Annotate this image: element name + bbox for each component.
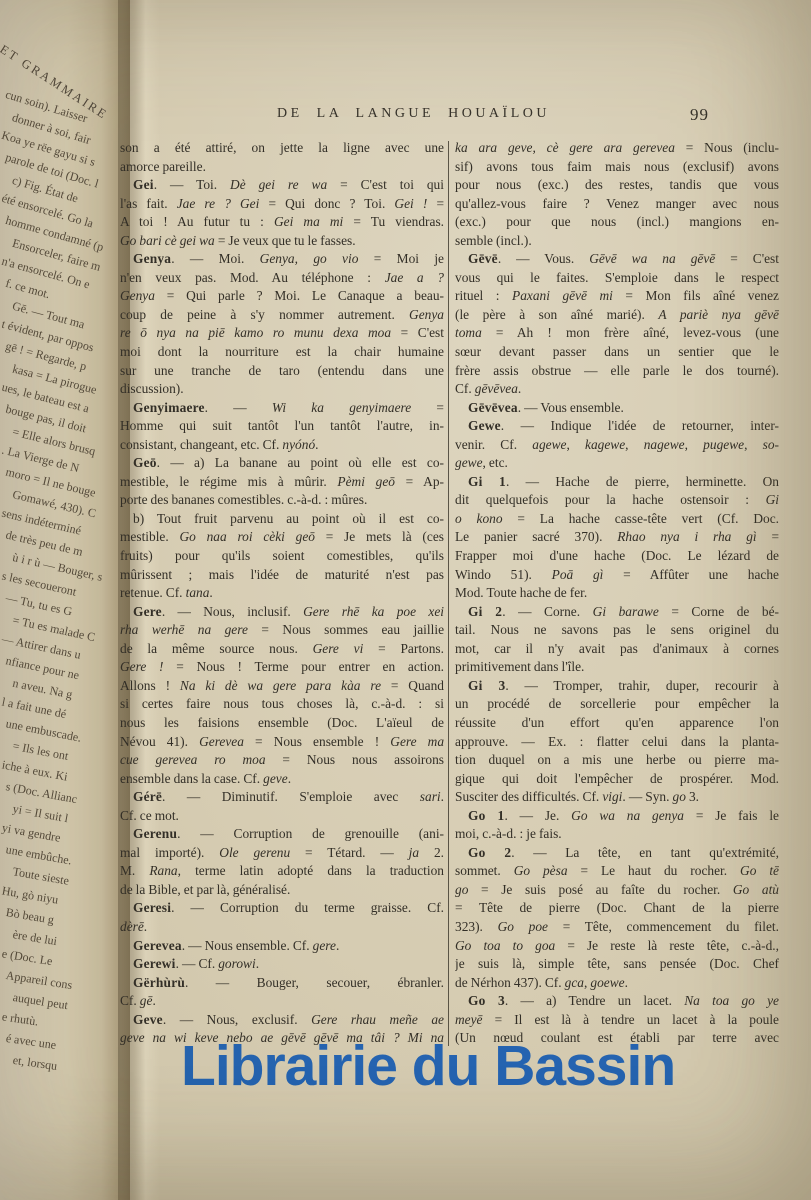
text-line: Go 1. — Je. Go wa na genya = Je fais le	[455, 807, 779, 826]
text-line: Gërhùrù. — Bouger, secouer, ébranler.	[120, 974, 444, 993]
text-line: Go toa to goa = Je reste là reste tête, …	[455, 937, 779, 956]
text-line: A toi ! Au futur tu : Gei ma mi = Tu vie…	[120, 213, 444, 232]
text-line: cue gerevea ro moa = Nous nous assoirons	[120, 751, 444, 770]
facing-page-strip: ET GRAMMAIRE cun soin). Laisserdonner à …	[0, 0, 130, 1200]
text-line: Cf. ce mot.	[120, 807, 444, 826]
dictionary-column-left: son a été attiré, on jette la ligne avec…	[120, 139, 444, 1048]
text-line: amorce pareille.	[120, 158, 444, 177]
text-line: son a été attiré, on jette la ligne avec…	[120, 139, 444, 158]
text-line: approuve. — Ex. : flatter celui dans la …	[455, 733, 779, 752]
text-line: mal importé). Ole gerenu = Tétard. — ja …	[120, 844, 444, 863]
text-line: retenue. Cf. tana.	[120, 584, 444, 603]
text-line: o kono = La hache casse-tête vert (Cf. D…	[455, 510, 779, 529]
text-line: Geve. — Nous, exclusif. Gere rhau meñe a…	[120, 1011, 444, 1030]
text-line: qu'allez-vous faire ? Venez manger avec …	[455, 195, 779, 214]
text-line: go = Je suis posé au faîte du rocher. Go…	[455, 881, 779, 900]
column-divider-rule	[448, 141, 449, 1046]
text-line: tion duquel on a mis une herbe ou pierre…	[455, 751, 779, 770]
text-line: Frapper moi d'une hache (Doc. Le lézard …	[455, 547, 779, 566]
text-line: Gere. — Nous, inclusif. Gere rhē ka poe …	[120, 603, 444, 622]
text-line: sur une tranche de taro (entendu dans un…	[120, 362, 444, 381]
text-line: gewe, etc.	[455, 454, 779, 473]
page-number: 99	[690, 105, 709, 125]
text-line: nous les faisions ensemble (Doc. L'aïeul…	[120, 714, 444, 733]
text-line: Gerevea. — Nous ensemble. Cf. gere.	[120, 937, 444, 956]
text-line: Go 3. — a) Tendre un lacet. Na toa go ye	[455, 992, 779, 1011]
bookseller-watermark: Librairie du Bassin	[181, 1033, 675, 1099]
text-line: Le panier sacré 370). Rhao nya i rha gì …	[455, 528, 779, 547]
text-line: dèrē.	[120, 918, 444, 937]
text-line: discussion).	[120, 380, 444, 399]
text-line: = Tête de pierre (Doc. Chant de la pierr…	[455, 899, 779, 918]
text-line: je suis là, simple tête, sans pensée (Do…	[455, 955, 779, 974]
text-line: Genya. — Moi. Genya, go vio = Moi je	[120, 250, 444, 269]
text-line: venir. Cf. agewe, kagewe, nagewe, pugewe…	[455, 436, 779, 455]
running-title: DE LA LANGUE HOUAÏLOU	[120, 106, 707, 122]
text-line: Go 2. — La tête, en tant qu'extrémité,	[455, 844, 779, 863]
text-line: Gei. — Toi. Dè gei re wa = C'est toi qui	[120, 176, 444, 195]
text-line: semble (incl.).	[455, 232, 779, 251]
text-line: mestible, le régime mis à mûrir. Pèmi ge…	[120, 473, 444, 492]
text-line: mûrissent ; mais l'idée de maturité n'es…	[120, 566, 444, 585]
text-line: Gere ! = Nous ! Terme pour entrer en act…	[120, 658, 444, 677]
text-line: de la Bible, et par là, généralisé.	[120, 881, 444, 900]
text-line: Gēvēvea. — Vous ensemble.	[455, 399, 779, 418]
text-line: tail. Nous ne savons pas le sens origine…	[455, 621, 779, 640]
text-line: Geō. — a) La banane au point où elle est…	[120, 454, 444, 473]
text-line: Gēvē. — Vous. Gēvē wa na gēvē = C'est	[455, 250, 779, 269]
text-line: (le père à son aîné marié). A pariè nya …	[455, 306, 779, 325]
text-line: Cf. gē.	[120, 992, 444, 1011]
text-line: sœur devant passer dans un sentier que l…	[455, 343, 779, 362]
text-line: Windo 51). Poā gì = Affûter une hache	[455, 566, 779, 585]
text-line: gique qui doit l'empêcher de prospérer. …	[455, 770, 779, 789]
text-line: Genyimaere. — Wi ka genyimaere =	[120, 399, 444, 418]
text-line: l'as fait. Jae re ? Gei = Qui donc ? Toi…	[120, 195, 444, 214]
text-line: n'en veux pas. Mod. Au téléphone : Jae a…	[120, 269, 444, 288]
text-line: Go bari cè gei wa = Je veux que tu le fa…	[120, 232, 444, 251]
text-line: Gerewi. — Cf. gorowi.	[120, 955, 444, 974]
text-line: Susciter des difficultés. Cf. vigi. — Sy…	[455, 788, 779, 807]
text-line: 323). Go poe = Tête, commencement du fil…	[455, 918, 779, 937]
text-line: dit quelquefois pour la hache ostensoir …	[455, 491, 779, 510]
text-line: ensemble dans la case. Cf. geve.	[120, 770, 444, 789]
text-line: coup de peine à s'y nommer autrement. Ge…	[120, 306, 444, 325]
text-line: de Nérhon 437). Cf. gca, goewe.	[455, 974, 779, 993]
text-line: rha werhē na gere = Nous sommes eau jail…	[120, 621, 444, 640]
text-line: Allons ! Na ki dè wa gere para kàa re = …	[120, 677, 444, 696]
text-line: Genya = Qui parle ? Moi. Le Canaque a be…	[120, 287, 444, 306]
text-line: Geresi. — Corruption du terme graisse. C…	[120, 899, 444, 918]
text-line: mot, car il n'y avait pas d'animaux à co…	[455, 640, 779, 659]
text-line: moi, c.-à-d. : je fais.	[455, 825, 779, 844]
page-header: DE LA LANGUE HOUAÏLOU 99	[120, 106, 777, 128]
text-line: mestible. Go naa roi cèki geō = Je mets …	[120, 528, 444, 547]
text-line: Homme qui suit tantôt l'un tantôt l'autr…	[120, 417, 444, 436]
text-line: fruits) pour qu'ils soient comestibles, …	[120, 547, 444, 566]
text-line: moi dont la nourriture est la chair huma…	[120, 343, 444, 362]
text-line: sif) avons tous faim mais nous (exclusif…	[455, 158, 779, 177]
text-line: Gewe. — Indique l'idée de retourner, int…	[455, 417, 779, 436]
text-line: Gerenu. — Corruption de grenouille (ani-	[120, 825, 444, 844]
text-line: M. Rana, terme latin adopté dans la trad…	[120, 862, 444, 881]
text-line: b) Tout fruit parvenu au point où il est…	[120, 510, 444, 529]
text-line: Névou 41). Gerevea = Nous ensemble ! Ger…	[120, 733, 444, 752]
text-line: meyē = Il est là à tendre un lacet à la …	[455, 1011, 779, 1030]
text-line: Gi 1. — Hache de pierre, herminette. On	[455, 473, 779, 492]
text-line: Gi 2. — Corne. Gi barawe = Corne de bé-	[455, 603, 779, 622]
text-line: rituel : Paxani gēvē mi = Mon fils aîné …	[455, 287, 779, 306]
text-line: sommet. Go pèsa = Le haut du rocher. Go …	[455, 862, 779, 881]
text-line: Mod. Toute hache de fer.	[455, 584, 779, 603]
text-line: Gi 3. — Tromper, trahir, duper, recourir…	[455, 677, 779, 696]
text-line: ka ara geve, cè gere ara gerevea = Nous …	[455, 139, 779, 158]
text-line: un procédé de sorcellerie pour empêcher …	[455, 695, 779, 714]
text-line: vous qui le faites. S'emploie dans le re…	[455, 269, 779, 288]
text-line: de la même source nous. Gere vi = Parton…	[120, 640, 444, 659]
text-line: (exc.) pour que nous (incl.) mangions en…	[455, 213, 779, 232]
text-line: frère assis obstrue — elle parle le dos …	[455, 362, 779, 381]
facing-page-text-fragments: cun soin). Laisserdonner à soi, fairKoa …	[0, 82, 127, 1092]
text-line: si certes faire nous tous choses là, c.-…	[120, 695, 444, 714]
dictionary-column-right: ka ara geve, cè gere ara gerevea = Nous …	[455, 139, 779, 1048]
text-line: toma = Ah ! mon frère aîné, levez-vous (…	[455, 324, 779, 343]
text-line: réussite d'un effort qu'en apparence l'o…	[455, 714, 779, 733]
text-line: re ō nya na piē kamo ro munu dexa moa = …	[120, 324, 444, 343]
text-line: pour nous (exc.) des restes, tandis que …	[455, 176, 779, 195]
text-line: primitivement dans l'île.	[455, 658, 779, 677]
text-line: porte des bananes comestibles. c.-à-d. :…	[120, 491, 444, 510]
text-line: consistant, changeant, etc. Cf. nyónó.	[120, 436, 444, 455]
text-line: Gérē. — Diminutif. S'emploie avec sari.	[120, 788, 444, 807]
text-line: Cf. gēvēvea.	[455, 380, 779, 399]
